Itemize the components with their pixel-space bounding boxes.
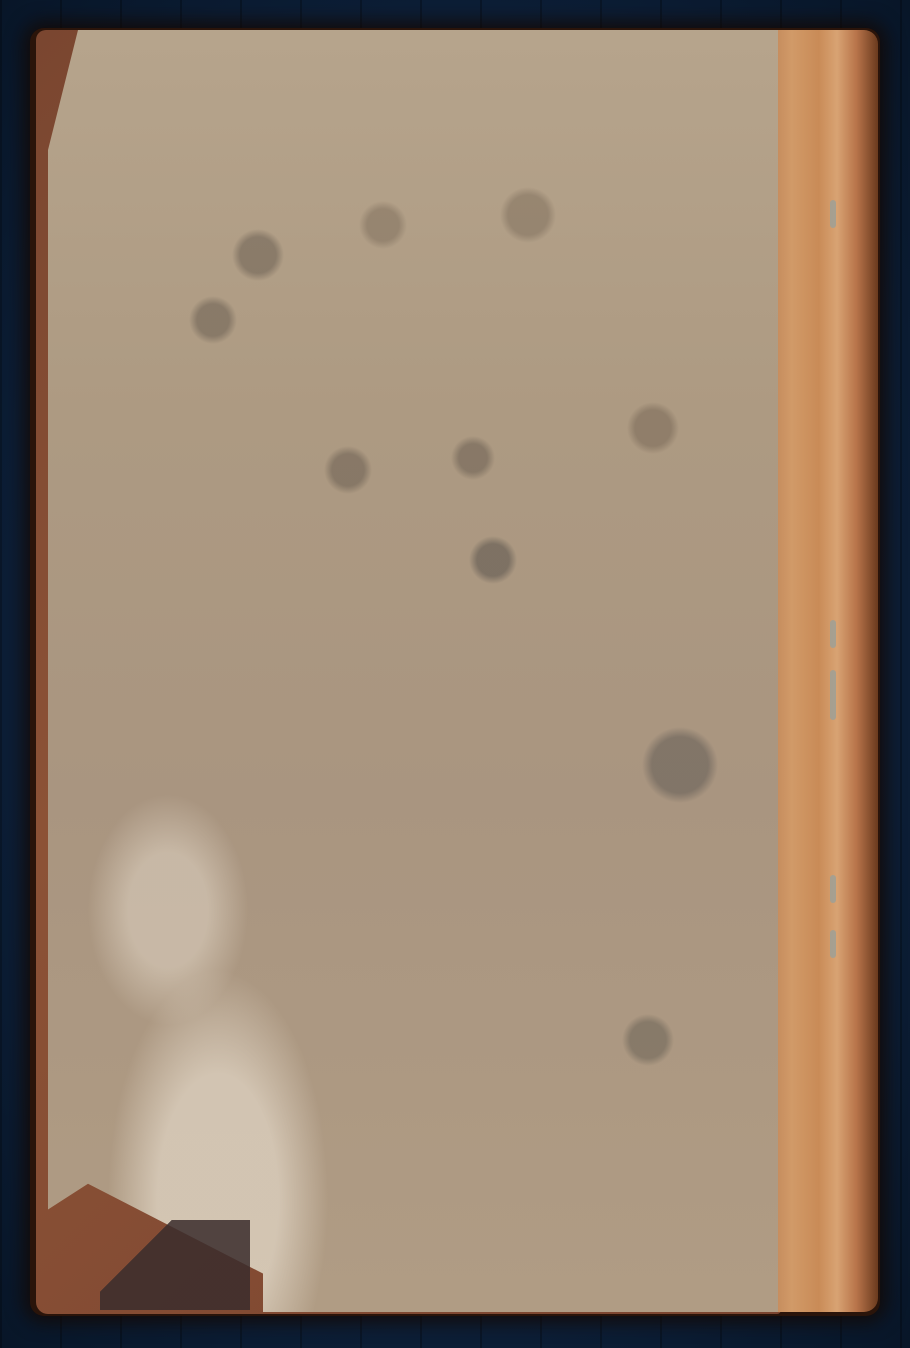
- spine-wear-mark: [830, 875, 836, 903]
- book-spine: [770, 30, 878, 1312]
- spine-wear-mark: [830, 200, 836, 228]
- paper-cover-board: [48, 30, 778, 1312]
- spine-wear-mark: [830, 620, 836, 648]
- spine-wear-mark: [830, 670, 836, 720]
- worn-corner-patch: [100, 1220, 250, 1310]
- spine-wear-mark: [830, 930, 836, 958]
